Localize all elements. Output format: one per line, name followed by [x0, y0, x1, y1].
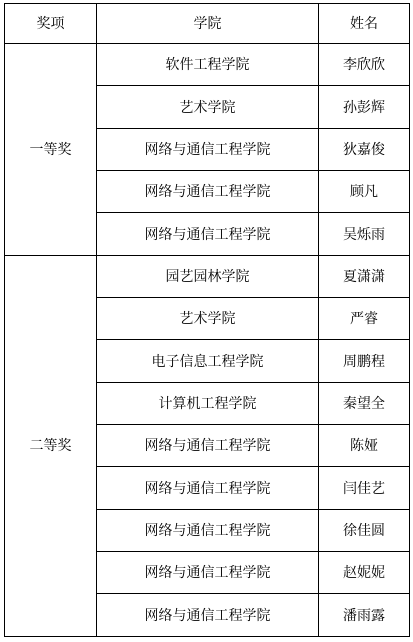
name-cell: 秦望全 [319, 382, 410, 424]
name-cell: 吴烁雨 [319, 213, 410, 255]
college-cell: 网络与通信工程学院 [97, 171, 319, 213]
table-header-name: 姓名 [319, 4, 410, 44]
awards-table: 奖项 学院 姓名 一等奖软件工程学院李欣欣艺术学院孙彭辉网络与通信工程学院狄嘉俊… [4, 3, 410, 637]
name-cell: 顾凡 [319, 171, 410, 213]
college-cell: 网络与通信工程学院 [97, 128, 319, 170]
table-body: 一等奖软件工程学院李欣欣艺术学院孙彭辉网络与通信工程学院狄嘉俊网络与通信工程学院… [5, 44, 410, 637]
college-cell: 网络与通信工程学院 [97, 467, 319, 509]
name-cell: 严睿 [319, 298, 410, 340]
table-header-college: 学院 [97, 4, 319, 44]
college-cell: 网络与通信工程学院 [97, 213, 319, 255]
table-header-award: 奖项 [5, 4, 97, 44]
name-cell: 周鹏程 [319, 340, 410, 382]
college-cell: 艺术学院 [97, 298, 319, 340]
award-cell: 一等奖 [5, 44, 97, 256]
college-cell: 计算机工程学院 [97, 382, 319, 424]
college-cell: 艺术学院 [97, 86, 319, 128]
name-cell: 李欣欣 [319, 44, 410, 86]
name-cell: 赵妮妮 [319, 552, 410, 594]
college-cell: 网络与通信工程学院 [97, 425, 319, 467]
college-cell: 网络与通信工程学院 [97, 594, 319, 637]
table-header-row: 奖项 学院 姓名 [5, 4, 410, 44]
name-cell: 孙彭辉 [319, 86, 410, 128]
college-cell: 网络与通信工程学院 [97, 552, 319, 594]
award-cell: 二等奖 [5, 255, 97, 636]
table-row: 一等奖软件工程学院李欣欣 [5, 44, 410, 86]
name-cell: 狄嘉俊 [319, 128, 410, 170]
name-cell: 闫佳艺 [319, 467, 410, 509]
name-cell: 陈娅 [319, 425, 410, 467]
name-cell: 夏潇潇 [319, 255, 410, 297]
name-cell: 潘雨露 [319, 594, 410, 637]
college-cell: 园艺园林学院 [97, 255, 319, 297]
name-cell: 徐佳圆 [319, 509, 410, 551]
table-row: 二等奖园艺园林学院夏潇潇 [5, 255, 410, 297]
college-cell: 软件工程学院 [97, 44, 319, 86]
college-cell: 电子信息工程学院 [97, 340, 319, 382]
college-cell: 网络与通信工程学院 [97, 509, 319, 551]
